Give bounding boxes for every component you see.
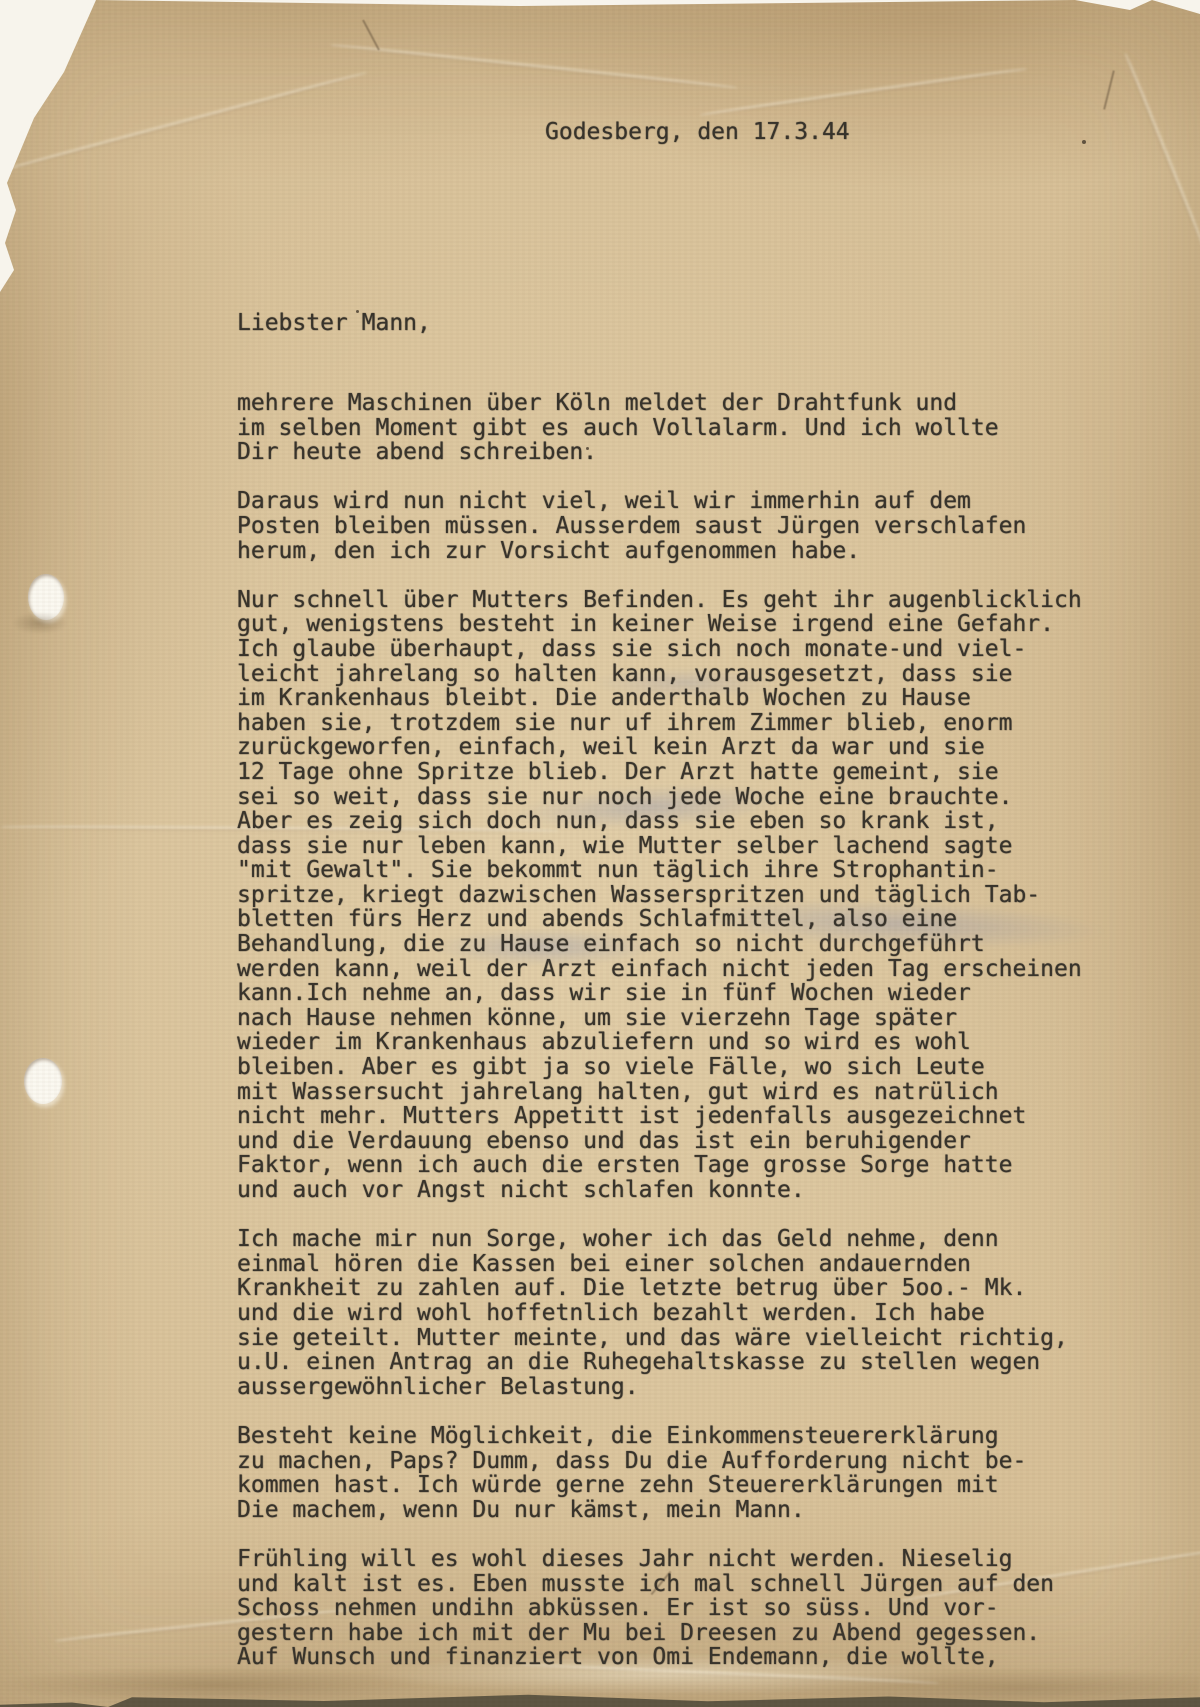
letter-paragraph-2: Daraus wird nun nicht viel, weil wir imm… — [237, 489, 1082, 563]
punch-hole — [24, 1058, 62, 1104]
paper-hairline — [1103, 70, 1115, 109]
letter-date: Godesberg, den 17.3.44 — [545, 120, 850, 145]
letter-body: mehrere Maschinen über Köln meldet der D… — [237, 391, 1082, 1694]
letter-paragraph-3: Nur schnell über Mutters Befinden. Es ge… — [237, 588, 1082, 1203]
letter-salutation: Liebster Mann, — [237, 311, 431, 336]
letter-paragraph-6: Frühling will es wohl dieses Jahr nicht … — [237, 1547, 1082, 1670]
letter-page: Godesberg, den 17.3.44 Liebster Mann, me… — [0, 0, 1200, 1707]
paper-speck — [1082, 140, 1086, 144]
crease-line — [0, 70, 368, 174]
crease-line — [700, 66, 1028, 118]
letter-paragraph-5: Besteht keine Möglichkeit, die Einkommen… — [237, 1424, 1082, 1522]
crease-line — [330, 42, 738, 91]
punch-hole-scuff — [12, 612, 68, 634]
letter-paragraph-1: mehrere Maschinen über Köln meldet der D… — [237, 391, 1082, 465]
letter-paragraph-4: Ich mache mir nun Sorge, woher ich das G… — [237, 1227, 1082, 1399]
crease-line — [1122, 52, 1200, 249]
paper-hairline — [362, 20, 380, 51]
